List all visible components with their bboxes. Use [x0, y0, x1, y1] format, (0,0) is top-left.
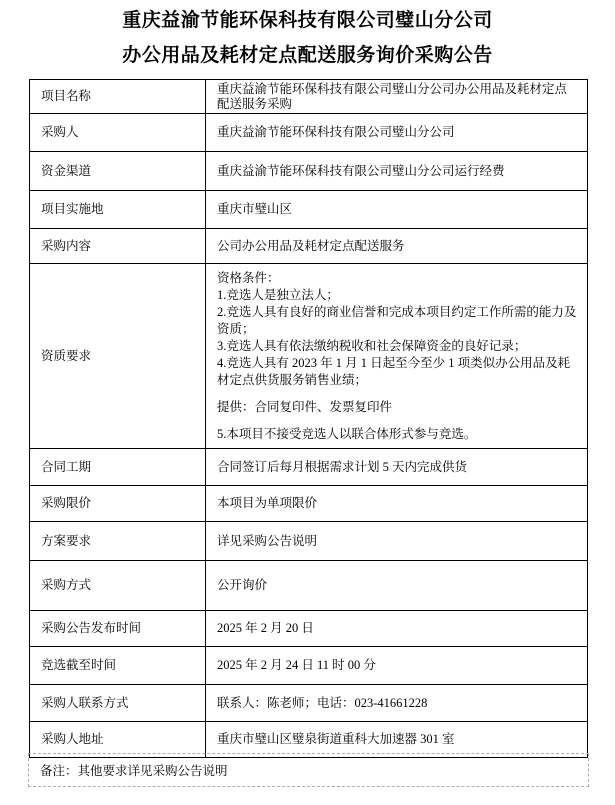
field-label: 方案要求: [30, 522, 206, 561]
document-title: 重庆益渝节能环保科技有限公司璧山分公司 办公用品及耗材定点配送服务询价采购公告: [0, 0, 615, 73]
remark-text: 备注：其他要求详见采购公告说明: [40, 761, 228, 779]
field-label: 采购内容: [30, 229, 206, 264]
qualification-item-3: 3.竞选人具有依法缴纳税收和社会保障资金的良好记录；: [217, 338, 579, 355]
procurement-announcement-document: 重庆益渝节能环保科技有限公司璧山分公司 办公用品及耗材定点配送服务询价采购公告 …: [0, 0, 615, 805]
row-plan-requirements: 方案要求 详见采购公告说明: [30, 522, 588, 561]
row-funding-source: 资金渠道 重庆益渝节能环保科技有限公司璧山分公司运行经费: [30, 152, 588, 191]
field-label: 项目名称: [30, 80, 206, 114]
field-value: 公开询价: [206, 561, 588, 611]
field-label: 采购限价: [30, 486, 206, 522]
row-price-limit: 采购限价 本项目为单项限价: [30, 486, 588, 522]
field-value: 重庆市璧山区: [206, 191, 588, 229]
field-value: 重庆益渝节能环保科技有限公司璧山分公司办公用品及耗材定点配送服务采购: [206, 80, 588, 114]
field-label: 采购人: [30, 114, 206, 152]
field-label: 采购公告发布时间: [30, 611, 206, 647]
field-label: 采购人联系方式: [30, 685, 206, 722]
field-label: 采购方式: [30, 561, 206, 611]
remark-row: 备注：其他要求详见采购公告说明: [28, 753, 589, 787]
row-announcement-date: 采购公告发布时间 2025 年 2 月 20 日: [30, 611, 588, 647]
field-label: 合同工期: [30, 449, 206, 486]
field-value: 重庆益渝节能环保科技有限公司璧山分公司运行经费: [206, 152, 588, 191]
qualification-item-4: 4.竞选人具有 2023 年 1 月 1 日起至今至少 1 项类似办公用品及耗材…: [217, 355, 579, 389]
qualification-item-5: 5.本项目不接受竞选人以联合体形式参与竞选。: [217, 426, 579, 443]
row-procurement-method: 采购方式 公开询价: [30, 561, 588, 611]
field-label: 项目实施地: [30, 191, 206, 229]
row-qualification-requirements: 资质要求 资格条件： 1.竞选人是独立法人； 2.竞选人具有良好的商业信誉和完成…: [30, 264, 588, 449]
qualification-heading: 资格条件：: [217, 270, 579, 287]
field-label: 竞选截至时间: [30, 647, 206, 685]
qualification-item-1: 1.竞选人是独立法人；: [217, 287, 579, 304]
document-title-line1: 重庆益渝节能环保科技有限公司璧山分公司: [0, 3, 615, 38]
field-value: 2025 年 2 月 20 日: [206, 611, 588, 647]
row-implementation-site: 项目实施地 重庆市璧山区: [30, 191, 588, 229]
procurement-table: 项目名称 重庆益渝节能环保科技有限公司璧山分公司办公用品及耗材定点配送服务采购 …: [29, 79, 588, 758]
row-contract-period: 合同工期 合同签订后每月根据需求计划 5 天内完成供货: [30, 449, 588, 486]
field-label: 资金渠道: [30, 152, 206, 191]
field-value: 资格条件： 1.竞选人是独立法人； 2.竞选人具有良好的商业信誉和完成本项目约定…: [206, 264, 588, 449]
row-purchaser-contact: 采购人联系方式 联系人：陈老师；电话：023-41661228: [30, 685, 588, 722]
document-title-line2: 办公用品及耗材定点配送服务询价采购公告: [0, 38, 615, 73]
field-value: 重庆益渝节能环保科技有限公司璧山分公司: [206, 114, 588, 152]
row-purchaser: 采购人 重庆益渝节能环保科技有限公司璧山分公司: [30, 114, 588, 152]
field-label: 资质要求: [30, 264, 206, 449]
field-value: 本项目为单项限价: [206, 486, 588, 522]
row-procurement-content: 采购内容 公司办公用品及耗材定点配送服务: [30, 229, 588, 264]
field-value: 合同签订后每月根据需求计划 5 天内完成供货: [206, 449, 588, 486]
row-bid-deadline: 竞选截至时间 2025 年 2 月 24 日 11 时 00 分: [30, 647, 588, 685]
field-value: 2025 年 2 月 24 日 11 时 00 分: [206, 647, 588, 685]
row-project-name: 项目名称 重庆益渝节能环保科技有限公司璧山分公司办公用品及耗材定点配送服务采购: [30, 80, 588, 114]
qualification-provide-note: 提供：合同复印件、发票复印件: [217, 399, 579, 416]
field-value: 详见采购公告说明: [206, 522, 588, 561]
field-value: 公司办公用品及耗材定点配送服务: [206, 229, 588, 264]
qualification-item-2: 2.竞选人具有良好的商业信誉和完成本项目约定工作所需的能力及资质；: [217, 304, 579, 338]
field-value: 联系人：陈老师；电话：023-41661228: [206, 685, 588, 722]
